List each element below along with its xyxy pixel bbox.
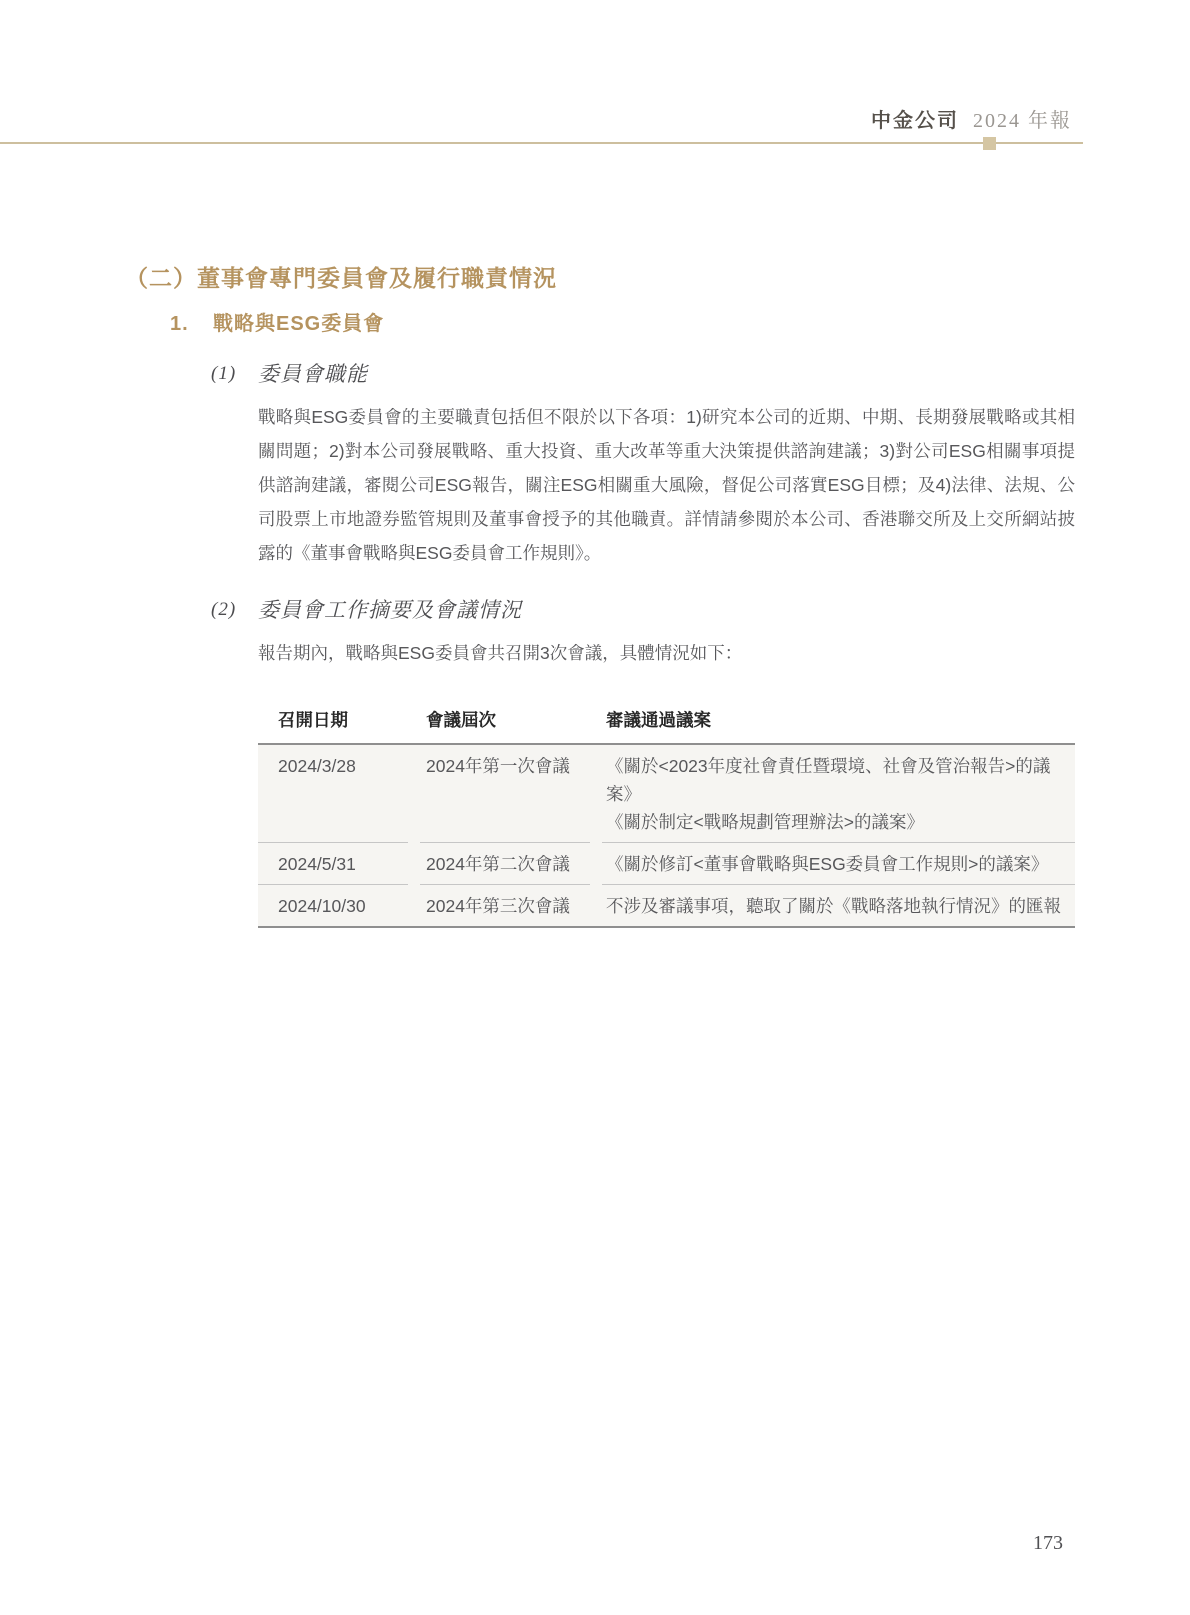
meeting-session: 2024年第一次會議 [420,745,590,843]
proposal-item: 《關於修訂<董事會戰略與ESG委員會工作規則>的議案》 [606,850,1069,878]
main-content: （二）董事會專門委員會及履行職責情況 1. 戰略與ESG委員會 (1) 委員會職… [125,262,1075,928]
proposal-item: 《關於<2023年度社會責任暨環境、社會及管治報告>的議案》 [606,752,1069,808]
part2-title: 委員會工作摘要及會議情況 [258,596,522,624]
page-number: 173 [1020,1532,1076,1555]
part1-number: (1) [211,360,258,388]
part1-title: 委員會職能 [258,360,368,388]
meeting-date: 2024/3/28 [258,745,408,843]
column-header-proposals: 審議通過議案 [602,708,1075,732]
meeting-proposals: 《關於修訂<董事會戰略與ESG委員會工作規則>的議案》 [602,843,1075,885]
header-rule-marker [983,137,996,150]
part2-number: (2) [211,596,258,624]
table-row: 2024/3/282024年第一次會議《關於<2023年度社會責任暨環境、社會及… [258,745,1075,843]
proposal-item: 《關於制定<戰略規劃管理辦法>的議案》 [606,808,1069,836]
running-header: 中金公司2024 年報 [871,104,1072,133]
table-row: 2024/10/302024年第三次會議不涉及審議事項，聽取了關於《戰略落地執行… [258,885,1075,926]
table-row: 2024/5/312024年第二次會議《關於修訂<董事會戰略與ESG委員會工作規… [258,843,1075,885]
part2-intro: 報告期內，戰略與ESG委員會共召開3次會議，具體情況如下： [258,636,1075,670]
column-header-session: 會議屆次 [420,708,590,732]
company-name: 中金公司 [871,110,959,132]
meeting-proposals: 《關於<2023年度社會責任暨環境、社會及管治報告>的議案》《關於制定<戰略規劃… [602,745,1075,843]
meeting-date: 2024/10/30 [258,885,408,926]
subsection-number: 1. [170,310,213,338]
meeting-date: 2024/5/31 [258,843,408,885]
part1-heading: (1) 委員會職能 [211,360,1075,388]
subsection-title: 戰略與ESG委員會 [213,310,384,338]
section-title: （二）董事會專門委員會及履行職責情況 [125,262,1075,294]
meeting-session: 2024年第三次會議 [420,885,590,926]
table-header-row: 召開日期 會議屆次 審議通過議案 [258,696,1075,745]
column-header-date: 召開日期 [258,708,408,732]
meetings-table: 召開日期 會議屆次 審議通過議案 2024/3/282024年第一次會議《關於<… [258,696,1075,928]
part1-body-paragraph: 戰略與ESG委員會的主要職責包括但不限於以下各項：1)研究本公司的近期、中期、長… [258,400,1075,570]
meeting-session: 2024年第二次會議 [420,843,590,885]
header-rule [0,142,1083,144]
report-page: 中金公司2024 年報 （二）董事會專門委員會及履行職責情況 1. 戰略與ESG… [0,0,1190,1615]
part2-heading: (2) 委員會工作摘要及會議情況 [211,596,1075,624]
report-year-label: 2024 年報 [973,110,1072,132]
proposal-item: 不涉及審議事項，聽取了關於《戰略落地執行情況》的匯報 [606,892,1069,920]
meeting-proposals: 不涉及審議事項，聽取了關於《戰略落地執行情況》的匯報 [602,885,1075,926]
table-body: 2024/3/282024年第一次會議《關於<2023年度社會責任暨環境、社會及… [258,745,1075,928]
subsection-heading: 1. 戰略與ESG委員會 [170,310,1075,338]
